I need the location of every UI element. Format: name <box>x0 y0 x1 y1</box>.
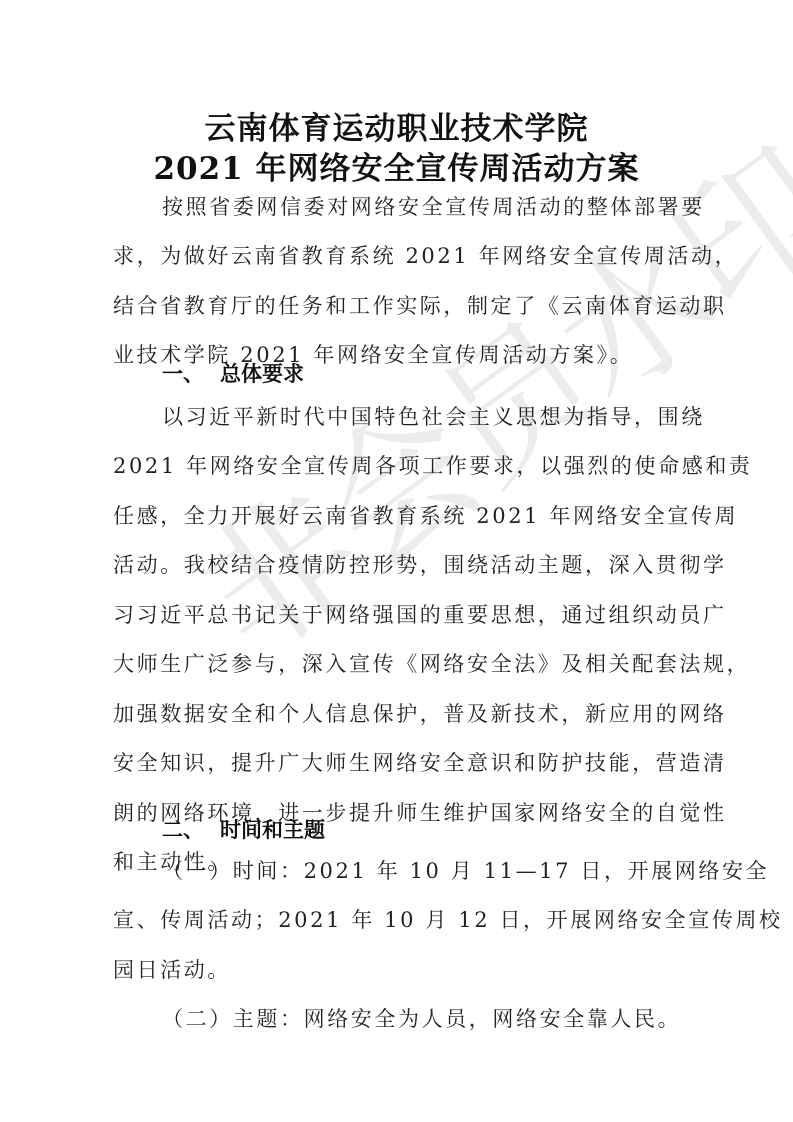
body-line: （一）时间：2021 年 10 月 11—17 日，开展网络安全 <box>162 857 673 885</box>
body-line: 大师生广泛参与，深入宣传《网络安全法》及相关配套法规， <box>113 650 673 678</box>
section-title: 时间和主题 <box>220 818 325 842</box>
intro-line: 求，为做好云南省教育系统 2021 年网络安全宣传周活动， <box>113 242 673 270</box>
body-line: 习习近平总书记关于网络强国的重要思想，通过组织动员广 <box>113 601 673 629</box>
document-title-line1: 云南体育运动职业技术学院 <box>0 103 793 148</box>
body-line: 园日活动。 <box>113 956 673 984</box>
document-page: 非会员水印 云南体育运动职业技术学院 2021 年网络安全宣传周活动方案 按照省… <box>0 0 793 1122</box>
body-line: 加强数据安全和个人信息保护，普及新技术，新应用的网络 <box>113 700 673 728</box>
section-number: 一、 <box>162 362 204 386</box>
section-title: 总体要求 <box>220 362 304 386</box>
body-line: 以习近平新时代中国特色社会主义思想为指导，围绕 <box>162 403 673 431</box>
body-line: （二）主题：网络安全为人员，网络安全靠人民。 <box>162 1005 673 1033</box>
document-title-line2: 2021 年网络安全宣传周活动方案 <box>0 143 793 188</box>
section-heading-general-requirements: 一、总体要求 <box>162 360 304 388</box>
body-line: 2021 年网络安全宣传周各项工作要求，以强烈的使命感和责 <box>113 452 673 480</box>
section-number: 二、 <box>162 818 204 842</box>
body-line: 活动。我校结合疫情防控形势，围绕活动主题，深入贯彻学 <box>113 551 673 579</box>
body-line: 任感，全力开展好云南省教育系统 2021 年网络安全宣传周 <box>113 502 673 530</box>
intro-line: 按照省委网信委对网络安全宣传周活动的整体部署要 <box>162 193 673 221</box>
body-line: 宣、传周活动；2021 年 10 月 12 日，开展网络安全宣传周校 <box>113 906 673 934</box>
body-line: 安全知识，提升广大师生网络安全意识和防护技能，营造清 <box>113 749 673 777</box>
intro-line: 结合省教育厅的任务和工作实际，制定了《云南体育运动职 <box>113 292 673 320</box>
section-heading-time-and-theme: 二、时间和主题 <box>162 816 325 844</box>
